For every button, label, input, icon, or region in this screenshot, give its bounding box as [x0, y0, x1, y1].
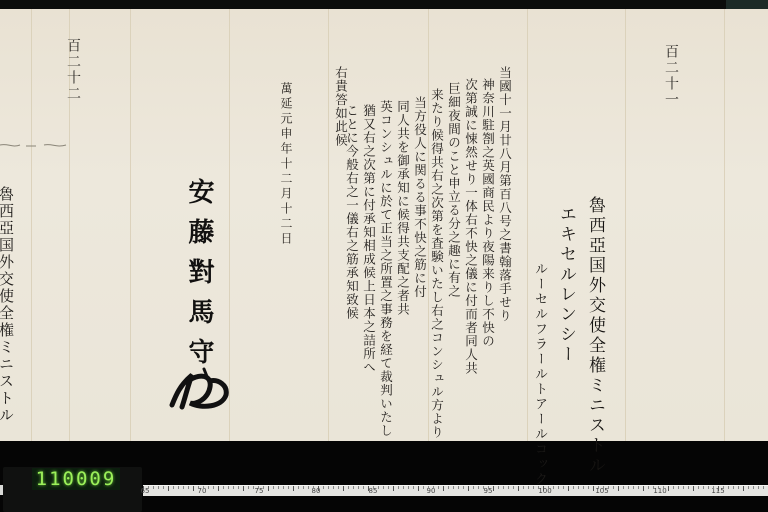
ruler-tick [643, 486, 644, 491]
letter-body-column: 英コンシュルに於て正当之所置之事務を経て裁判いたし [379, 100, 392, 438]
ruler-tick [453, 486, 454, 489]
ruler-tick [368, 486, 369, 491]
ruler-tick [358, 486, 359, 489]
ruler-tick [168, 486, 169, 491]
letter-body-column: 神奈川駐劄之英國商民より夜陽来りし不快の [481, 78, 494, 348]
letter-date: 萬延元申年十二月十二日 [280, 82, 292, 247]
ruler-tick [283, 486, 284, 489]
ruler-label: 110 [653, 486, 666, 496]
kao-seal-icon [166, 365, 230, 411]
ruler-tick [698, 486, 699, 489]
ruler-tick [503, 486, 504, 489]
letter-body-column: 来たり候得共右之次第を査験いたし右之コンシュル方より [430, 88, 443, 439]
ruler-tick [468, 486, 469, 491]
ruler-tick [653, 486, 654, 489]
ruler-tick [563, 486, 564, 489]
ruler-tick [418, 486, 419, 491]
ruler-tick [343, 486, 344, 491]
ruler-tick [203, 486, 204, 489]
ruler-tick [258, 486, 259, 489]
ruler-tick [718, 486, 719, 491]
letter-body-column: 次第誠に悚然せり一体右不快之儀に付而者同人共 [464, 78, 477, 375]
ruler-tick [243, 486, 244, 491]
ruler-tick [193, 486, 194, 491]
ruler-tick [458, 486, 459, 489]
ruler-tick [738, 486, 739, 489]
ruler-tick [253, 486, 254, 489]
ruler-tick [173, 486, 174, 489]
ruler-tick [413, 486, 414, 489]
ruler-tick [198, 486, 199, 489]
ruler-tick [398, 486, 399, 489]
ruler-label: 100 [538, 486, 551, 496]
ruler-tick [288, 486, 289, 489]
letter-body-column: 猶又右之次第に付承知相成候上日本之詰所へ [362, 104, 375, 374]
fold-mark [0, 142, 70, 150]
page-number-left: 百二十二 [66, 38, 80, 102]
letter-body-column: 当國十一月廿八月第百八号之書翰落手せり [498, 66, 511, 323]
paper-seam [625, 9, 626, 441]
ruler-tick [448, 486, 449, 489]
ruler-tick [603, 486, 604, 489]
ruler-tick [273, 486, 274, 489]
ruler-tick [148, 486, 149, 489]
ruler-tick [223, 486, 224, 489]
ruler-tick [678, 486, 679, 489]
ruler-tick [233, 486, 234, 489]
ruler-stub [0, 485, 3, 495]
ruler-tick [543, 486, 544, 491]
ruler-tick [463, 486, 464, 489]
ruler-tick [338, 486, 339, 489]
ruler-tick [758, 486, 759, 489]
page-number-right: 百二十一 [664, 44, 678, 108]
ruler-tick [538, 486, 539, 489]
ruler-tick [378, 486, 379, 489]
ruler-tick [498, 486, 499, 489]
ruler-tick [573, 486, 574, 489]
ruler-tick [303, 486, 304, 489]
ruler-tick [143, 486, 144, 491]
ruler-tick [618, 486, 619, 491]
ruler-tick [388, 486, 389, 489]
ruler-tick [588, 486, 589, 489]
ruler-tick [228, 486, 229, 489]
ruler-tick [713, 486, 714, 489]
ruler-tick [318, 486, 319, 491]
ruler-tick [598, 486, 599, 489]
ruler-tick [583, 486, 584, 489]
ruler-tick [393, 486, 394, 491]
ruler-tick [363, 486, 364, 489]
ruler-tick [218, 486, 219, 491]
paper-seam [724, 9, 725, 441]
ruler-tick [473, 486, 474, 489]
ruler-tick [533, 486, 534, 489]
ruler-tick [518, 486, 519, 491]
ruler-tick [658, 486, 659, 489]
ruler-tick [478, 486, 479, 489]
paper-seam [428, 9, 429, 441]
ruler-tick [568, 486, 569, 491]
ruler-tick [443, 486, 444, 491]
ruler-tick [308, 486, 309, 489]
paper-seam [527, 9, 528, 441]
ruler-tick [663, 486, 664, 489]
ruler-tick [613, 486, 614, 489]
ruler-tick [268, 486, 269, 491]
ruler-tick [628, 486, 629, 489]
ruler-tick [548, 486, 549, 489]
ruler-tick [433, 486, 434, 489]
ruler-tick [438, 486, 439, 489]
ruler-tick [508, 486, 509, 489]
ruler-tick [593, 486, 594, 491]
ruler-tick [638, 486, 639, 489]
ruler-tick [403, 486, 404, 489]
ruler-tick [488, 486, 489, 489]
ruler-tick [348, 486, 349, 489]
ruler-tick [693, 486, 694, 491]
measurement-ruler: 65 70 75 80 85 90 95 100 105 110 115 [143, 485, 768, 496]
ruler-tick [298, 486, 299, 489]
ruler-tick [608, 486, 609, 489]
ruler-tick [723, 486, 724, 489]
ruler-tick [648, 486, 649, 489]
ruler-tick [263, 486, 264, 489]
ruler-tick [383, 486, 384, 489]
ruler-tick [163, 486, 164, 489]
ruler-tick [208, 486, 209, 489]
ruler-tick [238, 486, 239, 489]
addressee-title: 魯西亞国外交使全権ミニストル [586, 196, 603, 476]
ruler-tick [153, 486, 154, 489]
ruler-tick [728, 486, 729, 489]
ruler-tick [553, 486, 554, 489]
ruler-tick [688, 486, 689, 489]
ruler-tick [733, 486, 734, 489]
ruler-tick [278, 486, 279, 489]
ruler-tick [483, 486, 484, 489]
ruler-tick [423, 486, 424, 489]
partial-addressee: 魯西亞国外交使全権ミニストル [0, 186, 13, 424]
ruler-tick [673, 486, 674, 489]
ruler-tick [623, 486, 624, 489]
ruler-tick [578, 486, 579, 489]
ruler-tick [558, 486, 559, 489]
ruler-tick [313, 486, 314, 489]
ruler-tick [703, 486, 704, 489]
frame-counter: 110009 [32, 468, 120, 490]
ruler-tick [633, 486, 634, 489]
ruler-tick [158, 486, 159, 489]
ruler-tick [683, 486, 684, 489]
ruler-tick [428, 486, 429, 489]
paper-seam [31, 9, 32, 441]
sender-signature: 安藤對馬守 [186, 178, 212, 378]
ruler-tick [328, 486, 329, 489]
ruler-tick [668, 486, 669, 491]
ruler-tick [708, 486, 709, 489]
ruler-tick [373, 486, 374, 489]
ruler-tick [493, 486, 494, 491]
letter-body-column: 巨細夜間のこと申立る分之趣に有之 [447, 82, 460, 298]
ruler-tick [763, 486, 764, 489]
ruler-tick [183, 486, 184, 489]
ruler-tick [293, 486, 294, 491]
ruler-tick [748, 486, 749, 489]
ruler-tick [248, 486, 249, 489]
ruler-tick [513, 486, 514, 489]
paper-seam [328, 9, 329, 441]
ruler-tick [178, 486, 179, 489]
ruler-tick [323, 486, 324, 489]
addressee-honorific: エキセルレンシー [557, 205, 574, 365]
ruler-tick [213, 486, 214, 489]
ruler-tick [753, 486, 754, 489]
ruler-tick [743, 486, 744, 491]
ruler-tick [528, 486, 529, 489]
letter-body-column: 右貴答如此候 [334, 66, 347, 147]
ruler-tick [188, 486, 189, 489]
letter-body-column: 同人共を御承知に候得共支配之者共 [396, 100, 409, 316]
letter-body-column: 当方役人に関るる事不快之筋に付 [413, 96, 426, 299]
paper-seam [130, 9, 131, 441]
ruler-tick [523, 486, 524, 489]
ruler-tick [353, 486, 354, 489]
addressee-name: ルーセルフラールトアールコック [533, 262, 546, 487]
ruler-tick [408, 486, 409, 489]
ruler-tick [333, 486, 334, 489]
